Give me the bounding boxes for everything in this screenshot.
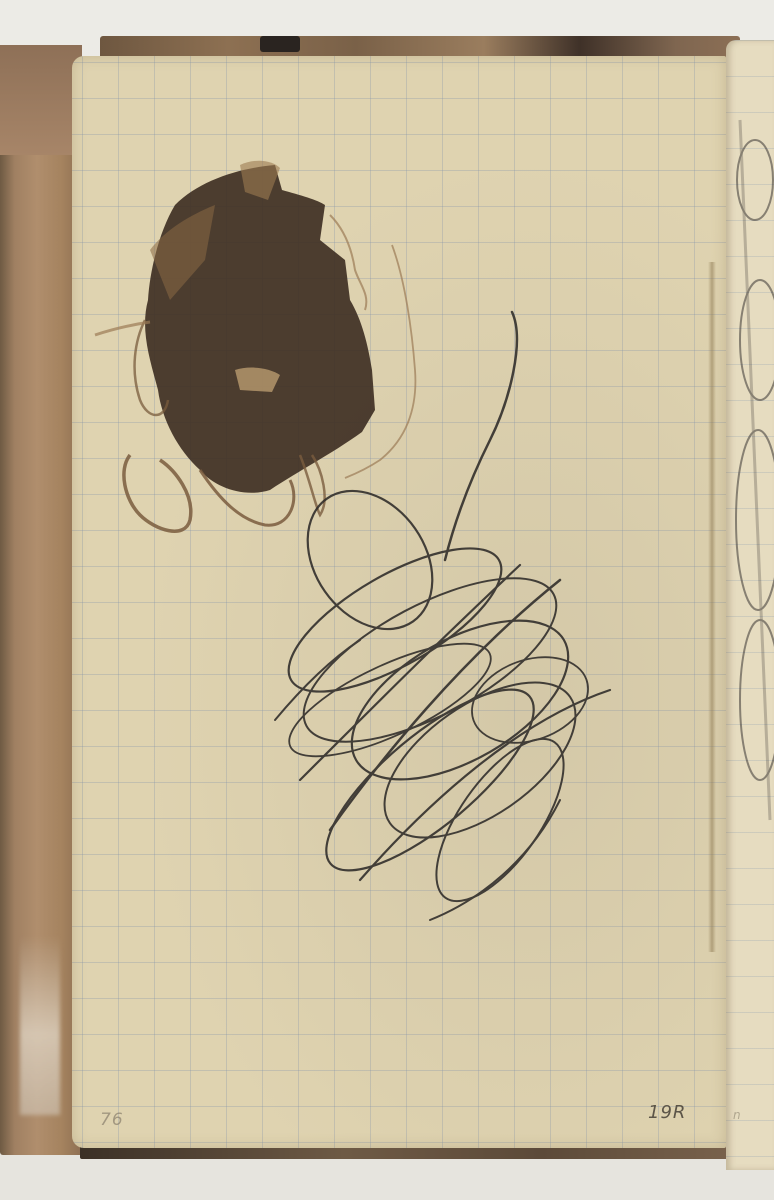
ink-blot xyxy=(95,161,415,531)
facing-page-edge-mark: n xyxy=(733,1108,742,1122)
drawings-layer xyxy=(0,0,774,1200)
faint-numeral-annotation: 76 xyxy=(100,1110,124,1130)
facing-page-scribble xyxy=(736,120,774,820)
page-number-annotation: 19R xyxy=(648,1102,686,1123)
